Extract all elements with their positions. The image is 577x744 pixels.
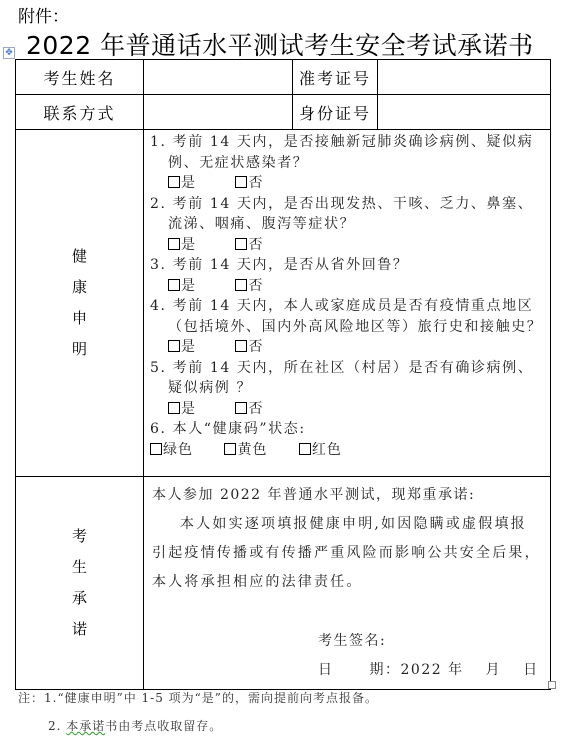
commitment-label: 考 生 承 诺 <box>16 477 144 690</box>
option-label: 红色 <box>312 442 342 458</box>
q1-no-checkbox[interactable]: 否 <box>235 173 263 194</box>
checkbox-icon <box>168 340 180 352</box>
checkbox-icon <box>168 279 180 291</box>
table-resize-handle-icon[interactable] <box>548 681 556 689</box>
note-text: 书由考点收取留存。 <box>105 719 222 733</box>
checkbox-icon <box>299 443 311 455</box>
name-field[interactable] <box>144 60 293 95</box>
label-char: 承 <box>16 583 143 614</box>
q1-yes-checkbox[interactable]: 是 <box>168 173 196 194</box>
page-title: 2022 年普通话水平测试考生安全考试承诺书 <box>26 26 534 62</box>
signature-line[interactable]: 考生签名: <box>152 627 542 656</box>
commitment-form-table: 考生姓名 准考证号 联系方式 身份证号 健 康 申 明 1. 考前 14 天内，… <box>15 59 551 690</box>
spellcheck-flagged-text[interactable]: 本承诺 <box>66 719 105 733</box>
health-code-red-checkbox[interactable]: 红色 <box>299 440 342 461</box>
question-3: 3. 考前 14 天内，是否从省外回鲁？ <box>150 255 544 276</box>
contact-field[interactable] <box>144 95 293 130</box>
checkbox-icon <box>235 340 247 352</box>
label-char: 明 <box>16 334 143 365</box>
note-2: 2. 本承诺书由考点收取留存。 <box>18 712 378 740</box>
name-label: 考生姓名 <box>16 60 144 95</box>
option-label: 黄色 <box>237 442 267 458</box>
checkbox-icon <box>168 238 180 250</box>
date-day: 日 <box>523 662 539 678</box>
option-label: 否 <box>248 278 263 294</box>
option-label: 否 <box>248 175 263 191</box>
id-card-field[interactable] <box>378 95 551 130</box>
label-char: 申 <box>16 303 143 334</box>
label-char: 健 <box>16 241 143 272</box>
attachment-label: 附件： <box>18 2 69 27</box>
commitment-body: 本人如实逐项填报健康申明,如因隐瞒或虚假填报引起疫情传播或有传播严重风险而影响公… <box>152 510 542 597</box>
checkbox-icon <box>235 176 247 188</box>
question-2: 2. 考前 14 天内，是否出现发热、干咳、乏力、鼻塞、流涕、咽痛、腹泻等症状？ <box>150 194 544 235</box>
option-label: 否 <box>248 401 263 417</box>
health-declaration-label: 健 康 申 明 <box>16 130 144 477</box>
exam-id-label: 准考证号 <box>293 60 378 95</box>
question-1: 1. 考前 14 天内，是否接触新冠肺炎确诊病例、疑似病例、无症状感染者？ <box>150 132 544 173</box>
q2-yes-checkbox[interactable]: 是 <box>168 235 196 256</box>
option-label: 是 <box>181 175 196 191</box>
commitment-text: 本人参加 2022 年普通水平测试，现郑重承诺: 本人如实逐项填报健康申明,如因… <box>144 477 551 690</box>
question-6: 6. 本人“健康码”状态: <box>150 419 544 440</box>
exam-id-field[interactable] <box>378 60 551 95</box>
checkbox-icon <box>150 443 162 455</box>
date-year: 2022 年 <box>401 662 464 678</box>
row-health: 健 康 申 明 1. 考前 14 天内，是否接触新冠肺炎确诊病例、疑似病例、无症… <box>16 130 551 477</box>
label-char: 诺 <box>16 614 143 645</box>
health-questions: 1. 考前 14 天内，是否接触新冠肺炎确诊病例、疑似病例、无症状感染者？ 是 … <box>144 130 551 477</box>
option-label: 是 <box>181 237 196 253</box>
notes: 注：1.“健康申明”中 1-5 项为“是”的，需向提前向考点报备。 2. 本承诺… <box>18 684 378 740</box>
date-label: 日 <box>318 662 334 678</box>
commitment-intro: 本人参加 2022 年普通水平测试，现郑重承诺: <box>152 481 542 510</box>
checkbox-icon <box>235 402 247 414</box>
q3-yes-checkbox[interactable]: 是 <box>168 276 196 297</box>
q2-no-checkbox[interactable]: 否 <box>235 235 263 256</box>
q4-no-checkbox[interactable]: 否 <box>235 337 263 358</box>
note-1: 注：1.“健康申明”中 1-5 项为“是”的，需向提前向考点报备。 <box>18 684 378 712</box>
checkbox-icon <box>168 402 180 414</box>
row-name: 考生姓名 准考证号 <box>16 60 551 95</box>
option-label: 否 <box>248 237 263 253</box>
row-commitment: 考 生 承 诺 本人参加 2022 年普通水平测试，现郑重承诺: 本人如实逐项填… <box>16 477 551 690</box>
health-code-green-checkbox[interactable]: 绿色 <box>150 440 193 461</box>
q5-no-checkbox[interactable]: 否 <box>235 399 263 420</box>
question-5: 5. 考前 14 天内，所在社区（村居）是否有确诊病例、疑似病例 ？ <box>150 358 544 399</box>
table-move-handle-icon[interactable]: ✥ <box>3 47 15 59</box>
q3-no-checkbox[interactable]: 否 <box>235 276 263 297</box>
date-line[interactable]: 日期：2022 年月日 <box>152 656 542 685</box>
row-contact: 联系方式 身份证号 <box>16 95 551 130</box>
date-month: 月 <box>486 662 502 678</box>
option-label: 是 <box>181 278 196 294</box>
label-char: 康 <box>16 272 143 303</box>
label-char: 生 <box>16 552 143 583</box>
question-4: 4. 考前 14 天内，本人或家庭成员是否有疫情重点地区（包括境外、国内外高风险… <box>150 296 544 337</box>
q4-yes-checkbox[interactable]: 是 <box>168 337 196 358</box>
id-card-label: 身份证号 <box>293 95 378 130</box>
option-label: 是 <box>181 339 196 355</box>
note-number: 2. <box>48 719 66 733</box>
checkbox-icon <box>168 176 180 188</box>
date-label: 期： <box>370 662 401 678</box>
health-code-yellow-checkbox[interactable]: 黄色 <box>224 440 267 461</box>
option-label: 是 <box>181 401 196 417</box>
label-char: 考 <box>16 521 143 552</box>
option-label: 绿色 <box>163 442 193 458</box>
checkbox-icon <box>224 443 236 455</box>
signature-label: 考生签名: <box>318 633 386 649</box>
checkbox-icon <box>235 279 247 291</box>
option-label: 否 <box>248 339 263 355</box>
contact-label: 联系方式 <box>16 95 144 130</box>
q5-yes-checkbox[interactable]: 是 <box>168 399 196 420</box>
checkbox-icon <box>235 238 247 250</box>
